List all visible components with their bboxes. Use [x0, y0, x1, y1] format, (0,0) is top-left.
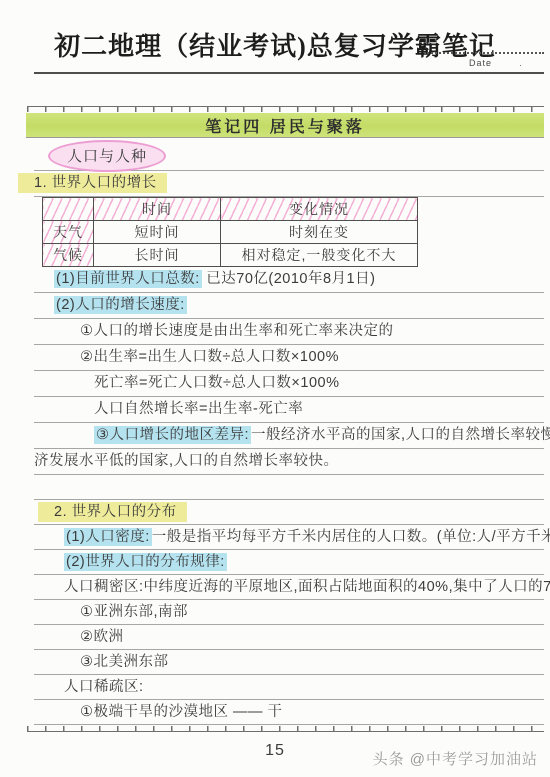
note-line-diff: ③人口增长的地区差异:一般经济水平高的国家,人口的自然增长率较慢;经: [34, 423, 544, 449]
page-header: 初二地理（结业考试)总复习学霸笔记 Date · ·: [0, 0, 550, 74]
note-diff-rest: 一般经济水平高的国家,人口的自然增长率较慢;经: [251, 427, 550, 443]
table-header-change: 变化情况: [221, 198, 418, 221]
note-line-speed1: ①人口的增长速度是由出生率和死亡率来决定的: [34, 319, 544, 345]
bottom-tick-ruler: [27, 725, 544, 732]
watermark-text: 头条 @中考学习加油站: [373, 748, 538, 769]
topic-row: 人口与人种: [34, 138, 544, 171]
note-dense-text: 人口稠密区:中纬度近海的平原地区,面积占陆地面积的40%,集中了人口的70%.: [64, 579, 550, 595]
row-time: 短时间: [94, 221, 221, 244]
row-change: 相对稳定,一般变化不大: [221, 244, 418, 267]
note-total-highlight: (1)目前世界人口总数:: [54, 270, 202, 288]
header-rule-line: [34, 72, 544, 74]
note-speed3-text: 死亡率=死亡人口数÷总人口数×100%: [94, 375, 339, 391]
note-total-rest: 已达70亿(2010年8月1日): [202, 271, 376, 287]
table-header-time: 时间: [94, 198, 221, 221]
date-dots: · ·: [486, 60, 537, 70]
note-line-speed4: 人口自然增长率=出生率-死亡率: [34, 397, 544, 423]
section1-heading: 1. 世界人口的增长: [18, 173, 167, 193]
note-dense3-text: ③北美洲东部: [80, 654, 169, 670]
time-change-table: 时间 变化情况 天气 短时间 时刻在变 气候 长时间 相对稳定,一般变化不大: [42, 197, 418, 267]
row-label: 天气: [43, 221, 94, 244]
note-density-rest: 一般是指平均每平方千米内居住的人口数。(单位:人/平方千米): [152, 529, 550, 545]
notebook-page: 初二地理（结业考试)总复习学霸笔记 Date · · 笔记四 居民与聚落 人口与…: [0, 0, 550, 777]
note-line-sparse1: ①极端干旱的沙漠地区 —— 干: [34, 700, 544, 725]
note-line-diff-wrap: 济发展水平低的国家,人口的自然增长率较快。: [34, 449, 544, 475]
note-line-speed: (2)人口的增长速度:: [34, 293, 544, 319]
table-header-row: 时间 变化情况: [43, 198, 418, 221]
section2-heading: 2. 世界人口的分布: [38, 502, 187, 522]
note-speed-highlight: (2)人口的增长速度:: [54, 296, 187, 314]
note-sparse1-text: ①极端干旱的沙漠地区 —— 干: [80, 704, 283, 720]
note-line-dense3: ③北美洲东部: [34, 650, 544, 675]
note-line-dense2: ②欧洲: [34, 625, 544, 650]
note-speed2-text: ②出生率=出生人口数÷总人口数×100%: [80, 349, 339, 365]
table-row: 天气 短时间 时刻在变: [43, 221, 418, 244]
note-sparse-text: 人口稀疏区:: [64, 679, 144, 695]
note-diff-highlight: ③人口增长的地区差异:: [94, 426, 251, 444]
note-line-dense1: ①亚洲东部,南部: [34, 600, 544, 625]
note-dense1-text: ①亚洲东部,南部: [80, 604, 188, 620]
section2-heading-row: 2. 世界人口的分布: [34, 500, 544, 525]
note-rule-highlight: (2)世界人口的分布规律:: [64, 553, 227, 571]
row-time: 长时间: [94, 244, 221, 267]
row-label: 气候: [43, 244, 94, 267]
note-line-dense: 人口稠密区:中纬度近海的平原地区,面积占陆地面积的40%,集中了人口的70%.: [34, 575, 544, 600]
top-tick-ruler: [27, 106, 544, 113]
note-density-highlight: (1)人口密度:: [64, 528, 152, 546]
row-change: 时刻在变: [221, 221, 418, 244]
note-speed1-text: ①人口的增长速度是由出生率和死亡率来决定的: [80, 323, 394, 339]
section-banner-text: 笔记四 居民与聚落: [205, 114, 364, 137]
empty-ruled-line: [34, 475, 544, 500]
note-dense2-text: ②欧洲: [80, 629, 124, 645]
note-line-rule: (2)世界人口的分布规律:: [34, 550, 544, 575]
note-speed4-text: 人口自然增长率=出生率-死亡率: [94, 401, 303, 417]
top-spacer: [0, 74, 550, 106]
note-line-sparse: 人口稀疏区:: [34, 675, 544, 700]
title-dotted-line: [424, 52, 544, 54]
note-diff-wrap-text: 济发展水平低的国家,人口的自然增长率较快。: [34, 453, 339, 469]
section-banner: 笔记四 居民与聚落: [26, 113, 544, 138]
table-header-blank: [43, 198, 94, 221]
note-line-total: (1)目前世界人口总数: 已达70亿(2010年8月1日): [34, 267, 544, 293]
topic-bubble: 人口与人种: [48, 140, 166, 172]
table-row: 气候 长时间 相对稳定,一般变化不大: [43, 244, 418, 267]
note-line-speed2: ②出生率=出生人口数÷总人口数×100%: [34, 345, 544, 371]
note-line-speed3: 死亡率=死亡人口数÷总人口数×100%: [34, 371, 544, 397]
note-line-density: (1)人口密度:一般是指平均每平方千米内居住的人口数。(单位:人/平方千米): [34, 525, 544, 550]
section1-heading-row: 1. 世界人口的增长: [34, 171, 544, 197]
